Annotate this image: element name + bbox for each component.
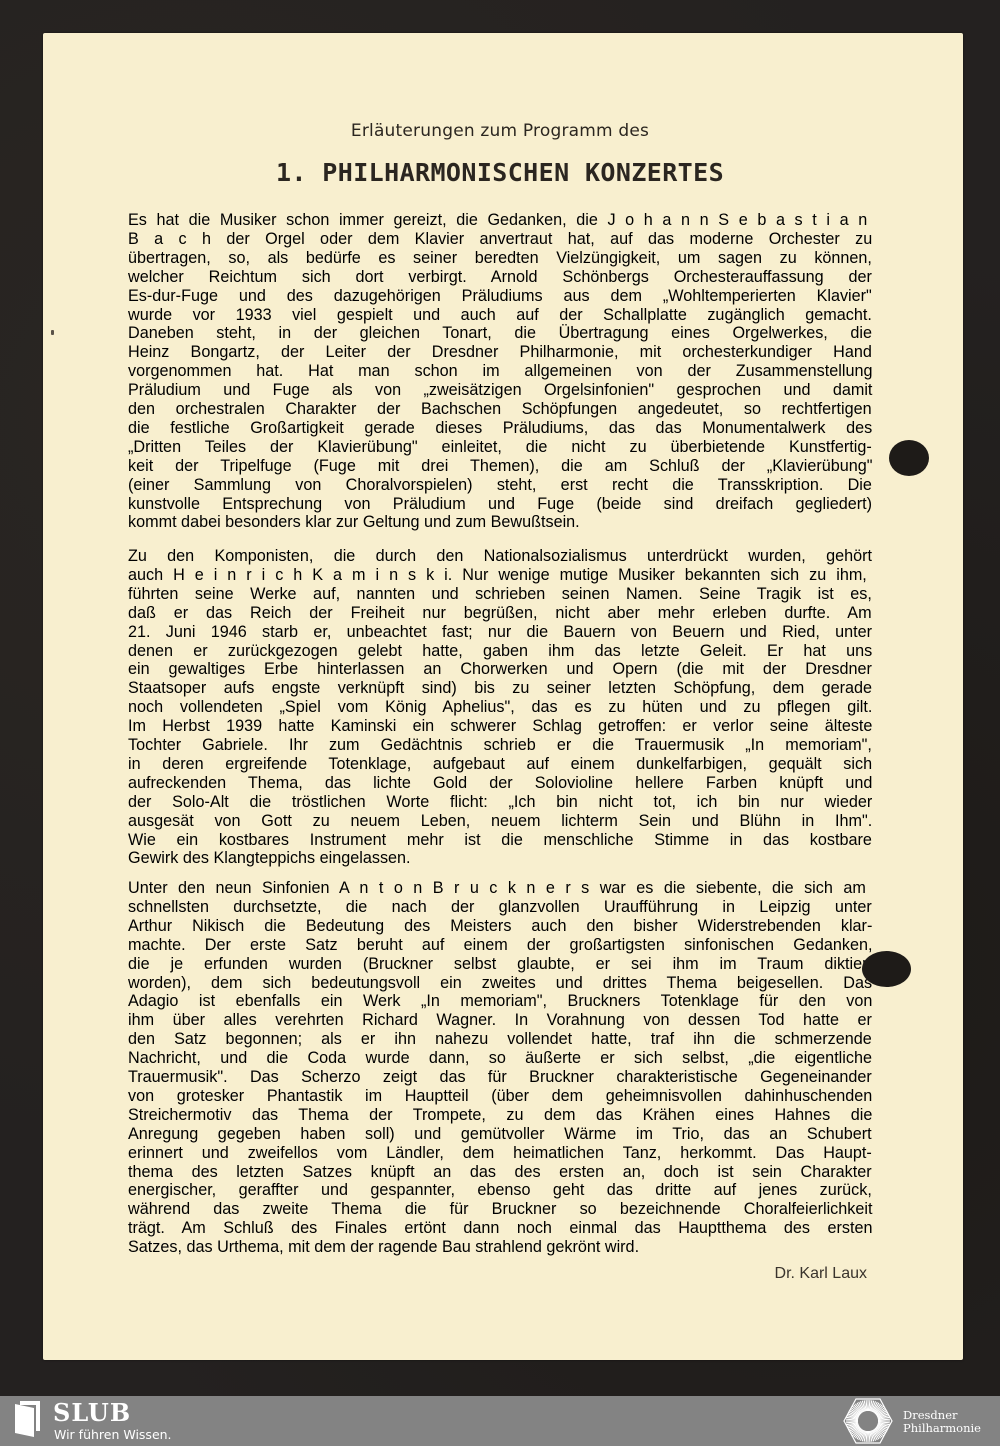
text-line: von grotesker Phantastik im Hauptteil (ü… [128,1087,872,1106]
text-line: Tochter Gabriele. Ihr zum Gedächtnis sch… [128,736,872,755]
text-line: worden), dem sich bedeutungsvoll ein zwe… [128,974,872,993]
text-line: B a c h der Orgel oder dem Klavier anver… [128,230,872,249]
text-line: Nachricht, und die Coda wurde dann, so ä… [128,1049,872,1068]
text-line: trägt. Am Schluß des Finales ertönt dann… [128,1219,872,1238]
text-line: schnellsten durchsetzte, die nach der gl… [128,898,872,917]
text-line: während das zweite Thema die für Bruckne… [128,1200,872,1219]
dp-name-line2: Philharmonie [903,1422,981,1435]
text-line: aufreckenden Thema, das lichte Gold der … [128,774,872,793]
text-line: thema des letzten Satzes knüpft an das d… [128,1163,872,1182]
text-line: Zu den Komponisten, die durch den Nation… [128,547,872,566]
text-line: übertragen, so, als bedürfe es seiner be… [128,249,872,268]
text-line: (einer Sammlung von Choralvorspielen) st… [128,476,872,495]
dresdner-philharmonie-logo-icon [842,1396,894,1446]
text-line: kommt dabei besonders klar zur Geltung u… [128,513,580,532]
footer-bar: SLUB Wir führen Wissen. Dresdner Philhar… [0,1396,1000,1446]
text-line: energischer, geraffter und gespannter, e… [128,1181,872,1200]
text-line: machte. Der erste Satz beruht auf einem … [128,936,872,955]
slub-book-icon [12,1401,42,1437]
text-line: Präludium und Fuge als von „zweisätzigen… [128,381,872,400]
text-line: Adagio ist ebenfalls ein Werk „In memori… [128,992,872,1011]
text-line: Heinz Bongartz, der Leiter der Dresdner … [128,343,872,362]
text-line: die festliche Großartigkeit gerade diese… [128,419,872,438]
text-line: Staatsoper aufs engste verknüpft sind) b… [128,679,872,698]
text-line: der Solo-Alt die tröstlichen Worte flich… [128,793,872,812]
text-line: Daneben steht, in der gleichen Tonart, d… [128,324,872,343]
text-line: Gewirk des Klangteppichs eingelassen. [128,849,411,868]
text-line: Unter den neun Sinfonien A n t o n B r u… [128,879,866,898]
punch-hole-upper [889,440,929,476]
text-line: in deren ergreifende Totenklage, aufgeba… [128,755,872,774]
slub-tagline: Wir führen Wissen. [54,1427,172,1442]
text-line: ihm über alles verehrten Richard Wagner.… [128,1011,872,1030]
text-line: noch vollendeten „Spiel vom König Apheli… [128,698,872,717]
text-line: denen er zurückgezogen gelebt hatte, gab… [128,642,872,661]
text-line: Arthur Nikisch die Bedeutung des Meister… [128,917,872,936]
heading-title: 1. PHILHARMONISCHEN KONZERTES [0,158,1000,187]
text-line: Es hat die Musiker schon immer gereizt, … [128,211,867,230]
punch-hole-lower [862,951,911,987]
text-line: kunstvolle Entsprechung von Präludium un… [128,495,872,514]
text-line: die je erfunden wurden (Bruckner selbst … [128,955,872,974]
text-line: den orchestralen Charakter der Bachschen… [128,400,872,419]
text-line: vorgenommen hat. Hat man schon im allgem… [128,362,872,381]
text-line: Im Herbst 1939 hatte Kaminski ein schwer… [128,717,872,736]
slub-logo-text[interactable]: SLUB [53,1398,131,1427]
dresdner-philharmonie-logo-text[interactable]: Dresdner Philharmonie [903,1409,981,1435]
text-line: Wie ein kostbares Instrument mehr ist di… [128,831,872,850]
text-line: keit der Tripelfuge (Fuge mit drei Theme… [128,457,872,476]
text-line: ein gewaltiges Erbe hinterlassen an Chor… [128,660,872,679]
text-line: den Satz begonnen; als er ihn nahezu vol… [128,1030,872,1049]
text-line: auch H e i n r i c h K a m i n s k i. Nu… [128,566,867,585]
text-line: daß er das Reich der Freiheit nur begrüß… [128,604,872,623]
heading-subtitle: Erläuterungen zum Programm des [0,121,1000,141]
text-line: Satzes, das Urthema, mit dem der ragende… [128,1238,639,1257]
author-signature: Dr. Karl Laux [775,1265,867,1283]
text-line: ausgesät von Gott zu neuem Leben, neuem … [128,812,872,831]
text-line: erinnert und zweifellos vom Ländler, dem… [128,1144,872,1163]
text-line: welcher Reichtum sich dort verbirgt. Arn… [128,268,872,287]
text-line: Streichermotiv das Thema der Trompete, z… [128,1106,872,1125]
margin-mark [51,330,54,335]
text-line: 21. Juni 1946 starb er, unbeachtet fast;… [128,623,872,642]
text-line: führten seine Werke auf, nannten und sch… [128,585,872,604]
text-line: Trauermusik". Das Scherzo zeigt das für … [128,1068,872,1087]
text-line: Anregung gegeben haben soll) und gemütvo… [128,1125,872,1144]
text-line: wurde vor 1933 viel gespielt und auch au… [128,306,872,325]
text-line: „Dritten Teiles der Klavierübung" einlei… [128,438,872,457]
text-line: Es-dur-Fuge und des dazugehörigen Prälud… [128,287,872,306]
